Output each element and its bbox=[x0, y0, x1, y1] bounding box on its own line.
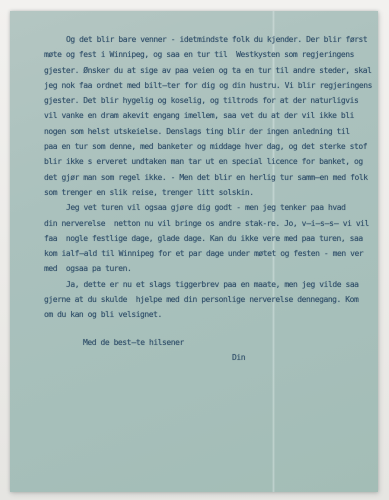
letter-line: Og det blir bare venner - idetmindste fo… bbox=[44, 32, 366, 47]
letter-line: gjester. Det blir hygelig og koselig, og… bbox=[44, 93, 366, 108]
letter-line: din nerverelse netton nu vil bringe os a… bbox=[44, 216, 366, 231]
letter-line: gjester. Ønsker du at sige av paa veien … bbox=[44, 63, 366, 78]
letter-lines-container: Og det blir bare venner - idetmindste fo… bbox=[44, 32, 366, 323]
letter-line: det gjør man som regel ikke. - Men det b… bbox=[44, 170, 366, 185]
letter-line: gjerne at du skulde hjelpe med din perso… bbox=[44, 292, 366, 307]
letter-paper: Og det blir bare venner - idetmindste fo… bbox=[10, 11, 378, 492]
scan-background: Og det blir bare venner - idetmindste fo… bbox=[0, 0, 389, 500]
letter-closing: Med de best̶te hilsener bbox=[44, 335, 366, 350]
letter-line: kom ialf̶ald til Winnipeg for et par dag… bbox=[44, 246, 366, 261]
letter-line: møte og fest i Winnipeg, og saa en tur t… bbox=[44, 47, 366, 62]
letter-line: blir ikke s erveret undtaken man tar ut … bbox=[44, 154, 366, 169]
letter-line: med ogsaa pa turen. bbox=[44, 261, 366, 276]
letter-line: paa en tur som denne, med banketer og mi… bbox=[44, 139, 366, 154]
letter-body: Og det blir bare venner - idetmindste fo… bbox=[44, 32, 366, 365]
letter-line: jeg nok faa ordnet med bilt̶ter for dig … bbox=[44, 78, 366, 93]
letter-line: vil vanke en dram akevit engang imellem,… bbox=[44, 108, 366, 123]
letter-line: om du kan og bli velsignet. bbox=[44, 307, 366, 322]
letter-line: faa nogle festlige dage, glade dage. Kan… bbox=[44, 231, 366, 246]
letter-line: som trenger en slik reise, trenger litt … bbox=[44, 185, 366, 200]
letter-line: Jeg vet turen vil ogsaa gjøre dig godt -… bbox=[44, 200, 366, 215]
letter-signature: Din bbox=[44, 350, 366, 365]
letter-line: nogen som helst utskeielse. Denslags tin… bbox=[44, 124, 366, 139]
letter-line: Ja, dette er nu et slags tiggerbrev paa … bbox=[44, 277, 366, 292]
